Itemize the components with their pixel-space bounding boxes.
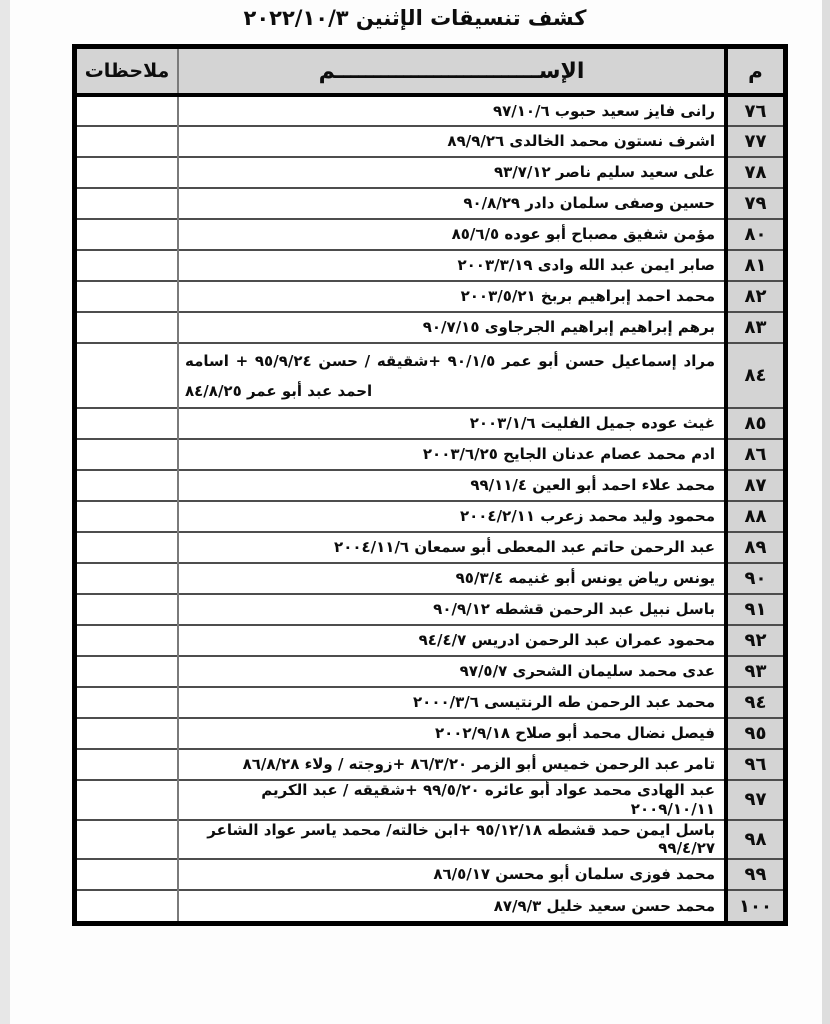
coordination-table-frame: م الإســـــــــــــــــــــــــــم ملاحظ… [72, 44, 788, 926]
serial-cell: ٨١ [726, 250, 783, 281]
notes-cell [77, 532, 178, 563]
name-cell: رانى فايز سعيد حبوب ٩٧/١٠/٦ [178, 95, 726, 126]
name-cell: حسين وصفى سلمان دادر ٩٠/٨/٢٩ [178, 188, 726, 219]
serial-cell: ٩٢ [726, 625, 783, 656]
table-row: ٩١ باسل نبيل عبد الرحمن قشطه ٩٠/٩/١٢ [77, 594, 783, 625]
notes-cell [77, 95, 178, 126]
serial-cell: ٩٦ [726, 749, 783, 780]
notes-cell [77, 126, 178, 157]
name-cell: صابر ايمن عبد الله وادى ٢٠٠٣/٣/١٩ [178, 250, 726, 281]
serial-cell: ٨٥ [726, 408, 783, 439]
serial-cell: ٧٧ [726, 126, 783, 157]
notes-cell [77, 780, 178, 820]
table-row: ٨٨ محمود وليد محمد زعرب ٢٠٠٤/٢/١١ [77, 501, 783, 532]
scan-edge-left [0, 0, 10, 1024]
name-cell: عدى محمد سليمان الشحرى ٩٧/٥/٧ [178, 656, 726, 687]
serial-cell: ٨٣ [726, 312, 783, 343]
page-title: كشف تنسيقات الإثنين ٢٠٢٢/١٠/٣ [0, 6, 830, 30]
table-row: ٩٧ عبد الهادى محمد عواد أبو عائره ٩٩/٥/٢… [77, 780, 783, 820]
serial-cell: ٨٤ [726, 343, 783, 408]
notes-cell [77, 408, 178, 439]
name-cell: تامر عبد الرحمن خميس أبو الزمر ٨٦/٣/٢٠ +… [178, 749, 726, 780]
name-cell: فيصل نضال محمد أبو صلاح ٢٠٠٢/٩/١٨ [178, 718, 726, 749]
serial-cell: ٨٩ [726, 532, 783, 563]
serial-cell: ٩٩ [726, 859, 783, 890]
serial-cell: ٧٨ [726, 157, 783, 188]
table-row: ٩٦ تامر عبد الرحمن خميس أبو الزمر ٨٦/٣/٢… [77, 749, 783, 780]
notes-cell [77, 749, 178, 780]
serial-cell: ٩٨ [726, 820, 783, 860]
table-row: ٨٠ مؤمن شفيق مصباح أبو عوده ٨٥/٦/٥ [77, 219, 783, 250]
serial-cell: ٨٢ [726, 281, 783, 312]
table-row: ٨٦ ادم محمد عصام عدنان الجايح ٢٠٠٣/٦/٢٥ [77, 439, 783, 470]
header-name: الإســـــــــــــــــــــــــــم [178, 49, 726, 95]
name-cell: ادم محمد عصام عدنان الجايح ٢٠٠٣/٦/٢٥ [178, 439, 726, 470]
notes-cell [77, 594, 178, 625]
serial-cell: ٩٧ [726, 780, 783, 820]
notes-cell [77, 343, 178, 408]
name-cell: مراد إسماعيل حسن أبو عمر ٩٠/١/٥ +شقيقه /… [178, 343, 726, 408]
notes-cell [77, 501, 178, 532]
table-row: ٨٤ مراد إسماعيل حسن أبو عمر ٩٠/١/٥ +شقيق… [77, 343, 783, 408]
notes-cell [77, 312, 178, 343]
notes-cell [77, 563, 178, 594]
serial-cell: ٨٨ [726, 501, 783, 532]
serial-cell: ٧٩ [726, 188, 783, 219]
table-row: ٧٦ رانى فايز سعيد حبوب ٩٧/١٠/٦ [77, 95, 783, 126]
table-row: ٧٨ على سعيد سليم ناصر ٩٣/٧/١٢ [77, 157, 783, 188]
notes-cell [77, 625, 178, 656]
table-row: ٨٧ محمد علاء احمد أبو العين ٩٩/١١/٤ [77, 470, 783, 501]
name-cell: محمد حسن سعيد خليل ٨٧/٩/٣ [178, 890, 726, 921]
name-cell: محمود وليد محمد زعرب ٢٠٠٤/٢/١١ [178, 501, 726, 532]
table-row: ٨٩ عبد الرحمن حاتم عبد المعطى أبو سمعان … [77, 532, 783, 563]
serial-cell: ٩١ [726, 594, 783, 625]
serial-cell: ٩٣ [726, 656, 783, 687]
name-cell: عبد الهادى محمد عواد أبو عائره ٩٩/٥/٢٠ +… [178, 780, 726, 820]
serial-cell: ١٠٠ [726, 890, 783, 921]
coordination-table: م الإســـــــــــــــــــــــــــم ملاحظ… [77, 49, 783, 921]
serial-cell: ٨٠ [726, 219, 783, 250]
serial-cell: ٨٦ [726, 439, 783, 470]
name-cell: باسل ايمن حمد قشطه ٩٥/١٢/١٨ +ابن خالته/ … [178, 820, 726, 860]
serial-cell: ٧٦ [726, 95, 783, 126]
name-cell: باسل نبيل عبد الرحمن قشطه ٩٠/٩/١٢ [178, 594, 726, 625]
notes-cell [77, 656, 178, 687]
serial-cell: ٩٥ [726, 718, 783, 749]
name-cell: محمود عمران عبد الرحمن ادريس ٩٤/٤/٧ [178, 625, 726, 656]
table-row: ٩٤ محمد عبد الرحمن طه الرنتيسى ٢٠٠٠/٣/٦ [77, 687, 783, 718]
notes-cell [77, 718, 178, 749]
table-row: ٩٩ محمد فوزى سلمان أبو محسن ٨٦/٥/١٧ [77, 859, 783, 890]
name-cell: اشرف نستون محمد الخالدى ٨٩/٩/٢٦ [178, 126, 726, 157]
name-cell: محمد فوزى سلمان أبو محسن ٨٦/٥/١٧ [178, 859, 726, 890]
notes-cell [77, 439, 178, 470]
name-cell: محمد عبد الرحمن طه الرنتيسى ٢٠٠٠/٣/٦ [178, 687, 726, 718]
notes-cell [77, 281, 178, 312]
name-cell: مؤمن شفيق مصباح أبو عوده ٨٥/٦/٥ [178, 219, 726, 250]
header-notes: ملاحظات [77, 49, 178, 95]
notes-cell [77, 157, 178, 188]
notes-cell [77, 219, 178, 250]
serial-cell: ٩٠ [726, 563, 783, 594]
table-row: ١٠٠ محمد حسن سعيد خليل ٨٧/٩/٣ [77, 890, 783, 921]
name-cell: غيث عوده جميل الفليت ٢٠٠٣/١/٦ [178, 408, 726, 439]
name-cell: محمد احمد إبراهيم بربخ ٢٠٠٣/٥/٢١ [178, 281, 726, 312]
header-serial: م [726, 49, 783, 95]
notes-cell [77, 820, 178, 860]
notes-cell [77, 687, 178, 718]
table-row: ٩٠ يونس رياض يونس أبو غنيمه ٩٥/٣/٤ [77, 563, 783, 594]
name-cell: برهم إبراهيم إبراهيم الجرجاوى ٩٠/٧/١٥ [178, 312, 726, 343]
table-header: م الإســـــــــــــــــــــــــــم ملاحظ… [77, 49, 783, 95]
table-row: ٩٣ عدى محمد سليمان الشحرى ٩٧/٥/٧ [77, 656, 783, 687]
table-row: ٨١ صابر ايمن عبد الله وادى ٢٠٠٣/٣/١٩ [77, 250, 783, 281]
name-cell: محمد علاء احمد أبو العين ٩٩/١١/٤ [178, 470, 726, 501]
name-cell: على سعيد سليم ناصر ٩٣/٧/١٢ [178, 157, 726, 188]
table-row: ٩٨ باسل ايمن حمد قشطه ٩٥/١٢/١٨ +ابن خالت… [77, 820, 783, 860]
notes-cell [77, 250, 178, 281]
table-row: ٧٧ اشرف نستون محمد الخالدى ٨٩/٩/٢٦ [77, 126, 783, 157]
scan-edge-right [822, 0, 830, 1024]
document-page: كشف تنسيقات الإثنين ٢٠٢٢/١٠/٣ م الإســــ… [0, 0, 830, 1024]
name-cell: يونس رياض يونس أبو غنيمه ٩٥/٣/٤ [178, 563, 726, 594]
table-row: ٨٢ محمد احمد إبراهيم بربخ ٢٠٠٣/٥/٢١ [77, 281, 783, 312]
notes-cell [77, 859, 178, 890]
name-cell: عبد الرحمن حاتم عبد المعطى أبو سمعان ٢٠٠… [178, 532, 726, 563]
serial-cell: ٩٤ [726, 687, 783, 718]
header-row: م الإســـــــــــــــــــــــــــم ملاحظ… [77, 49, 783, 95]
table-row: ٩٢ محمود عمران عبد الرحمن ادريس ٩٤/٤/٧ [77, 625, 783, 656]
table-body: ٧٦ رانى فايز سعيد حبوب ٩٧/١٠/٦ ٧٧ اشرف ن… [77, 95, 783, 921]
serial-cell: ٨٧ [726, 470, 783, 501]
table-row: ٧٩ حسين وصفى سلمان دادر ٩٠/٨/٢٩ [77, 188, 783, 219]
notes-cell [77, 470, 178, 501]
notes-cell [77, 890, 178, 921]
table-row: ٨٣ برهم إبراهيم إبراهيم الجرجاوى ٩٠/٧/١٥ [77, 312, 783, 343]
table-row: ٩٥ فيصل نضال محمد أبو صلاح ٢٠٠٢/٩/١٨ [77, 718, 783, 749]
table-row: ٨٥ غيث عوده جميل الفليت ٢٠٠٣/١/٦ [77, 408, 783, 439]
notes-cell [77, 188, 178, 219]
